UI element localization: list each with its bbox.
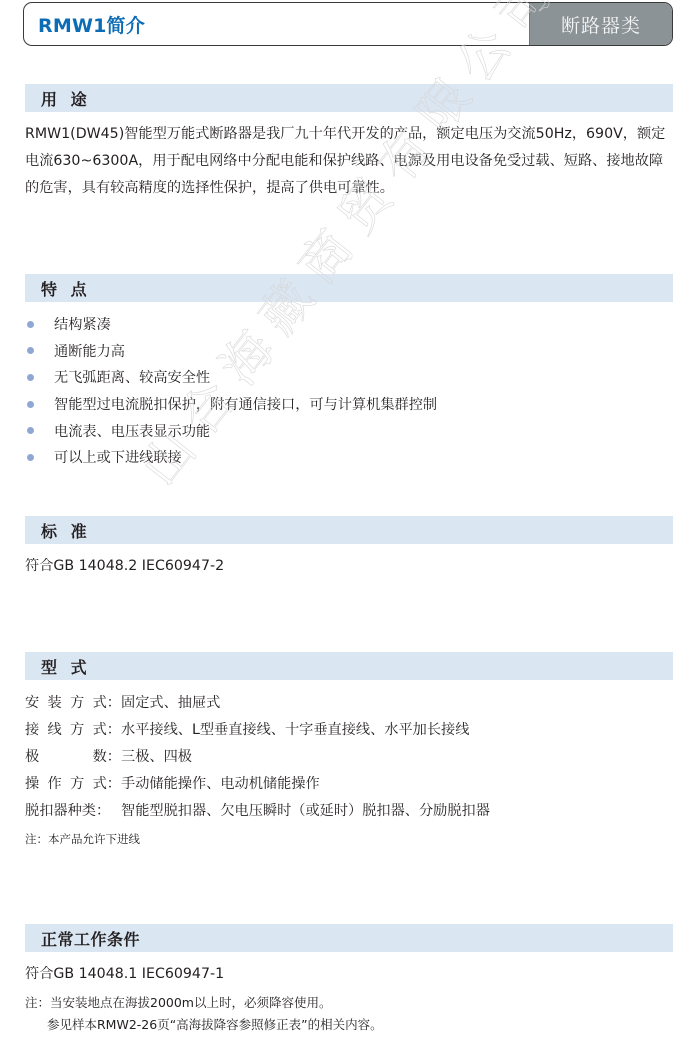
feature-text: 可以上或下进线联接 bbox=[54, 447, 182, 467]
category-tab: 断路器类 bbox=[529, 3, 672, 45]
spec-label-char: 极 bbox=[25, 746, 39, 766]
conditions-text: 符合GB 14048.1 IEC60947-1 bbox=[25, 961, 675, 988]
spec-label-char: 方 bbox=[70, 773, 84, 793]
spec-label-char: 装 bbox=[48, 692, 62, 712]
bullet-dot-icon bbox=[27, 347, 34, 354]
spec-label-char: 方 bbox=[70, 719, 84, 739]
feature-text: 电流表、电压表显示功能 bbox=[54, 421, 210, 441]
features-list: 结构紧凑通断能力高无飞弧距离、较高安全性智能型过电流脱扣保护，附有通信接口，可与… bbox=[25, 311, 437, 471]
feature-item: 可以上或下进线联接 bbox=[25, 444, 437, 471]
feature-item: 电流表、电压表显示功能 bbox=[25, 417, 437, 444]
feature-text: 智能型过电流脱扣保护，附有通信接口，可与计算机集群控制 bbox=[54, 394, 437, 414]
spec-label-char: 式： bbox=[93, 692, 121, 712]
feature-item: 结构紧凑 bbox=[25, 311, 437, 338]
page-header: RMW1简介 断路器类 bbox=[23, 2, 673, 46]
spec-value: 固定式、抽屉式 bbox=[121, 692, 220, 712]
spec-row: 接线方式：水平接线、L型垂直接线、十字垂直接线、水平加长接线 bbox=[25, 716, 490, 743]
bullet-dot-icon bbox=[27, 374, 34, 381]
bullet-dot-icon bbox=[27, 321, 34, 328]
spec-row: 操作方式：手动储能操作、电动机储能操作 bbox=[25, 769, 490, 796]
usage-text: RMW1(DW45)智能型万能式断路器是我厂九十年代开发的产品，额定电压为交流5… bbox=[25, 121, 675, 202]
section-heading-conditions: 正常工作条件 bbox=[25, 924, 673, 952]
page-title: RMW1简介 bbox=[24, 3, 529, 45]
spec-value: 三极、四极 bbox=[121, 746, 192, 766]
spec-label-char: 式： bbox=[93, 719, 121, 739]
spec-value: 手动储能操作、电动机储能操作 bbox=[121, 773, 320, 793]
conditions-note-line-2: 参见样本RMW2-26页“高海拔降容参照修正表”的相关内容。 bbox=[25, 1014, 383, 1036]
spec-label-char: 接 bbox=[25, 719, 39, 739]
feature-text: 结构紧凑 bbox=[54, 314, 111, 334]
standard-text: 符合GB 14048.2 IEC60947-2 bbox=[25, 553, 675, 580]
section-heading-standard: 标 准 bbox=[25, 516, 673, 544]
spec-label-char: 操 bbox=[25, 773, 39, 793]
feature-text: 通断能力高 bbox=[54, 341, 125, 361]
section-heading-usage: 用 途 bbox=[25, 84, 673, 112]
section-heading-features: 特 点 bbox=[25, 274, 673, 302]
bullet-dot-icon bbox=[27, 454, 34, 461]
spec-label: 接线方式： bbox=[25, 719, 121, 739]
types-spec-list: 安装方式：固定式、抽屉式接线方式：水平接线、L型垂直接线、十字垂直接线、水平加长… bbox=[25, 689, 490, 823]
feature-item: 智能型过电流脱扣保护，附有通信接口，可与计算机集群控制 bbox=[25, 391, 437, 418]
feature-text: 无飞弧距离、较高安全性 bbox=[54, 367, 210, 387]
spec-label-char: 方 bbox=[70, 692, 84, 712]
spec-label: 脱扣器种类： bbox=[25, 800, 121, 820]
spec-label-char: 作 bbox=[48, 773, 62, 793]
spec-label: 极数： bbox=[25, 746, 121, 766]
types-note: 注：本产品允许下进线 bbox=[25, 831, 140, 847]
spec-label-char: 数： bbox=[93, 746, 121, 766]
bullet-dot-icon bbox=[27, 401, 34, 408]
spec-label-char: 线 bbox=[48, 719, 62, 739]
spec-label-char: 式： bbox=[93, 773, 121, 793]
spec-row: 极数：三极、四极 bbox=[25, 743, 490, 770]
spec-value: 智能型脱扣器、欠电压瞬时（或延时）脱扣器、分励脱扣器 bbox=[121, 800, 490, 820]
spec-value: 水平接线、L型垂直接线、十字垂直接线、水平加长接线 bbox=[121, 719, 469, 739]
conditions-note: 注：当安装地点在海拔2000m以上时，必须降容使用。 参见样本RMW2-26页“… bbox=[25, 992, 383, 1036]
spec-label-char: 安 bbox=[25, 692, 39, 712]
feature-item: 无飞弧距离、较高安全性 bbox=[25, 364, 437, 391]
conditions-note-line-1: 注：当安装地点在海拔2000m以上时，必须降容使用。 bbox=[25, 992, 383, 1014]
spec-row: 脱扣器种类：智能型脱扣器、欠电压瞬时（或延时）脱扣器、分励脱扣器 bbox=[25, 796, 490, 823]
feature-item: 通断能力高 bbox=[25, 338, 437, 365]
spec-label: 操作方式： bbox=[25, 773, 121, 793]
section-heading-types: 型 式 bbox=[25, 652, 673, 680]
spec-label-char: 脱扣器种类： bbox=[25, 800, 110, 820]
spec-label: 安装方式： bbox=[25, 692, 121, 712]
bullet-dot-icon bbox=[27, 427, 34, 434]
spec-row: 安装方式：固定式、抽屉式 bbox=[25, 689, 490, 716]
